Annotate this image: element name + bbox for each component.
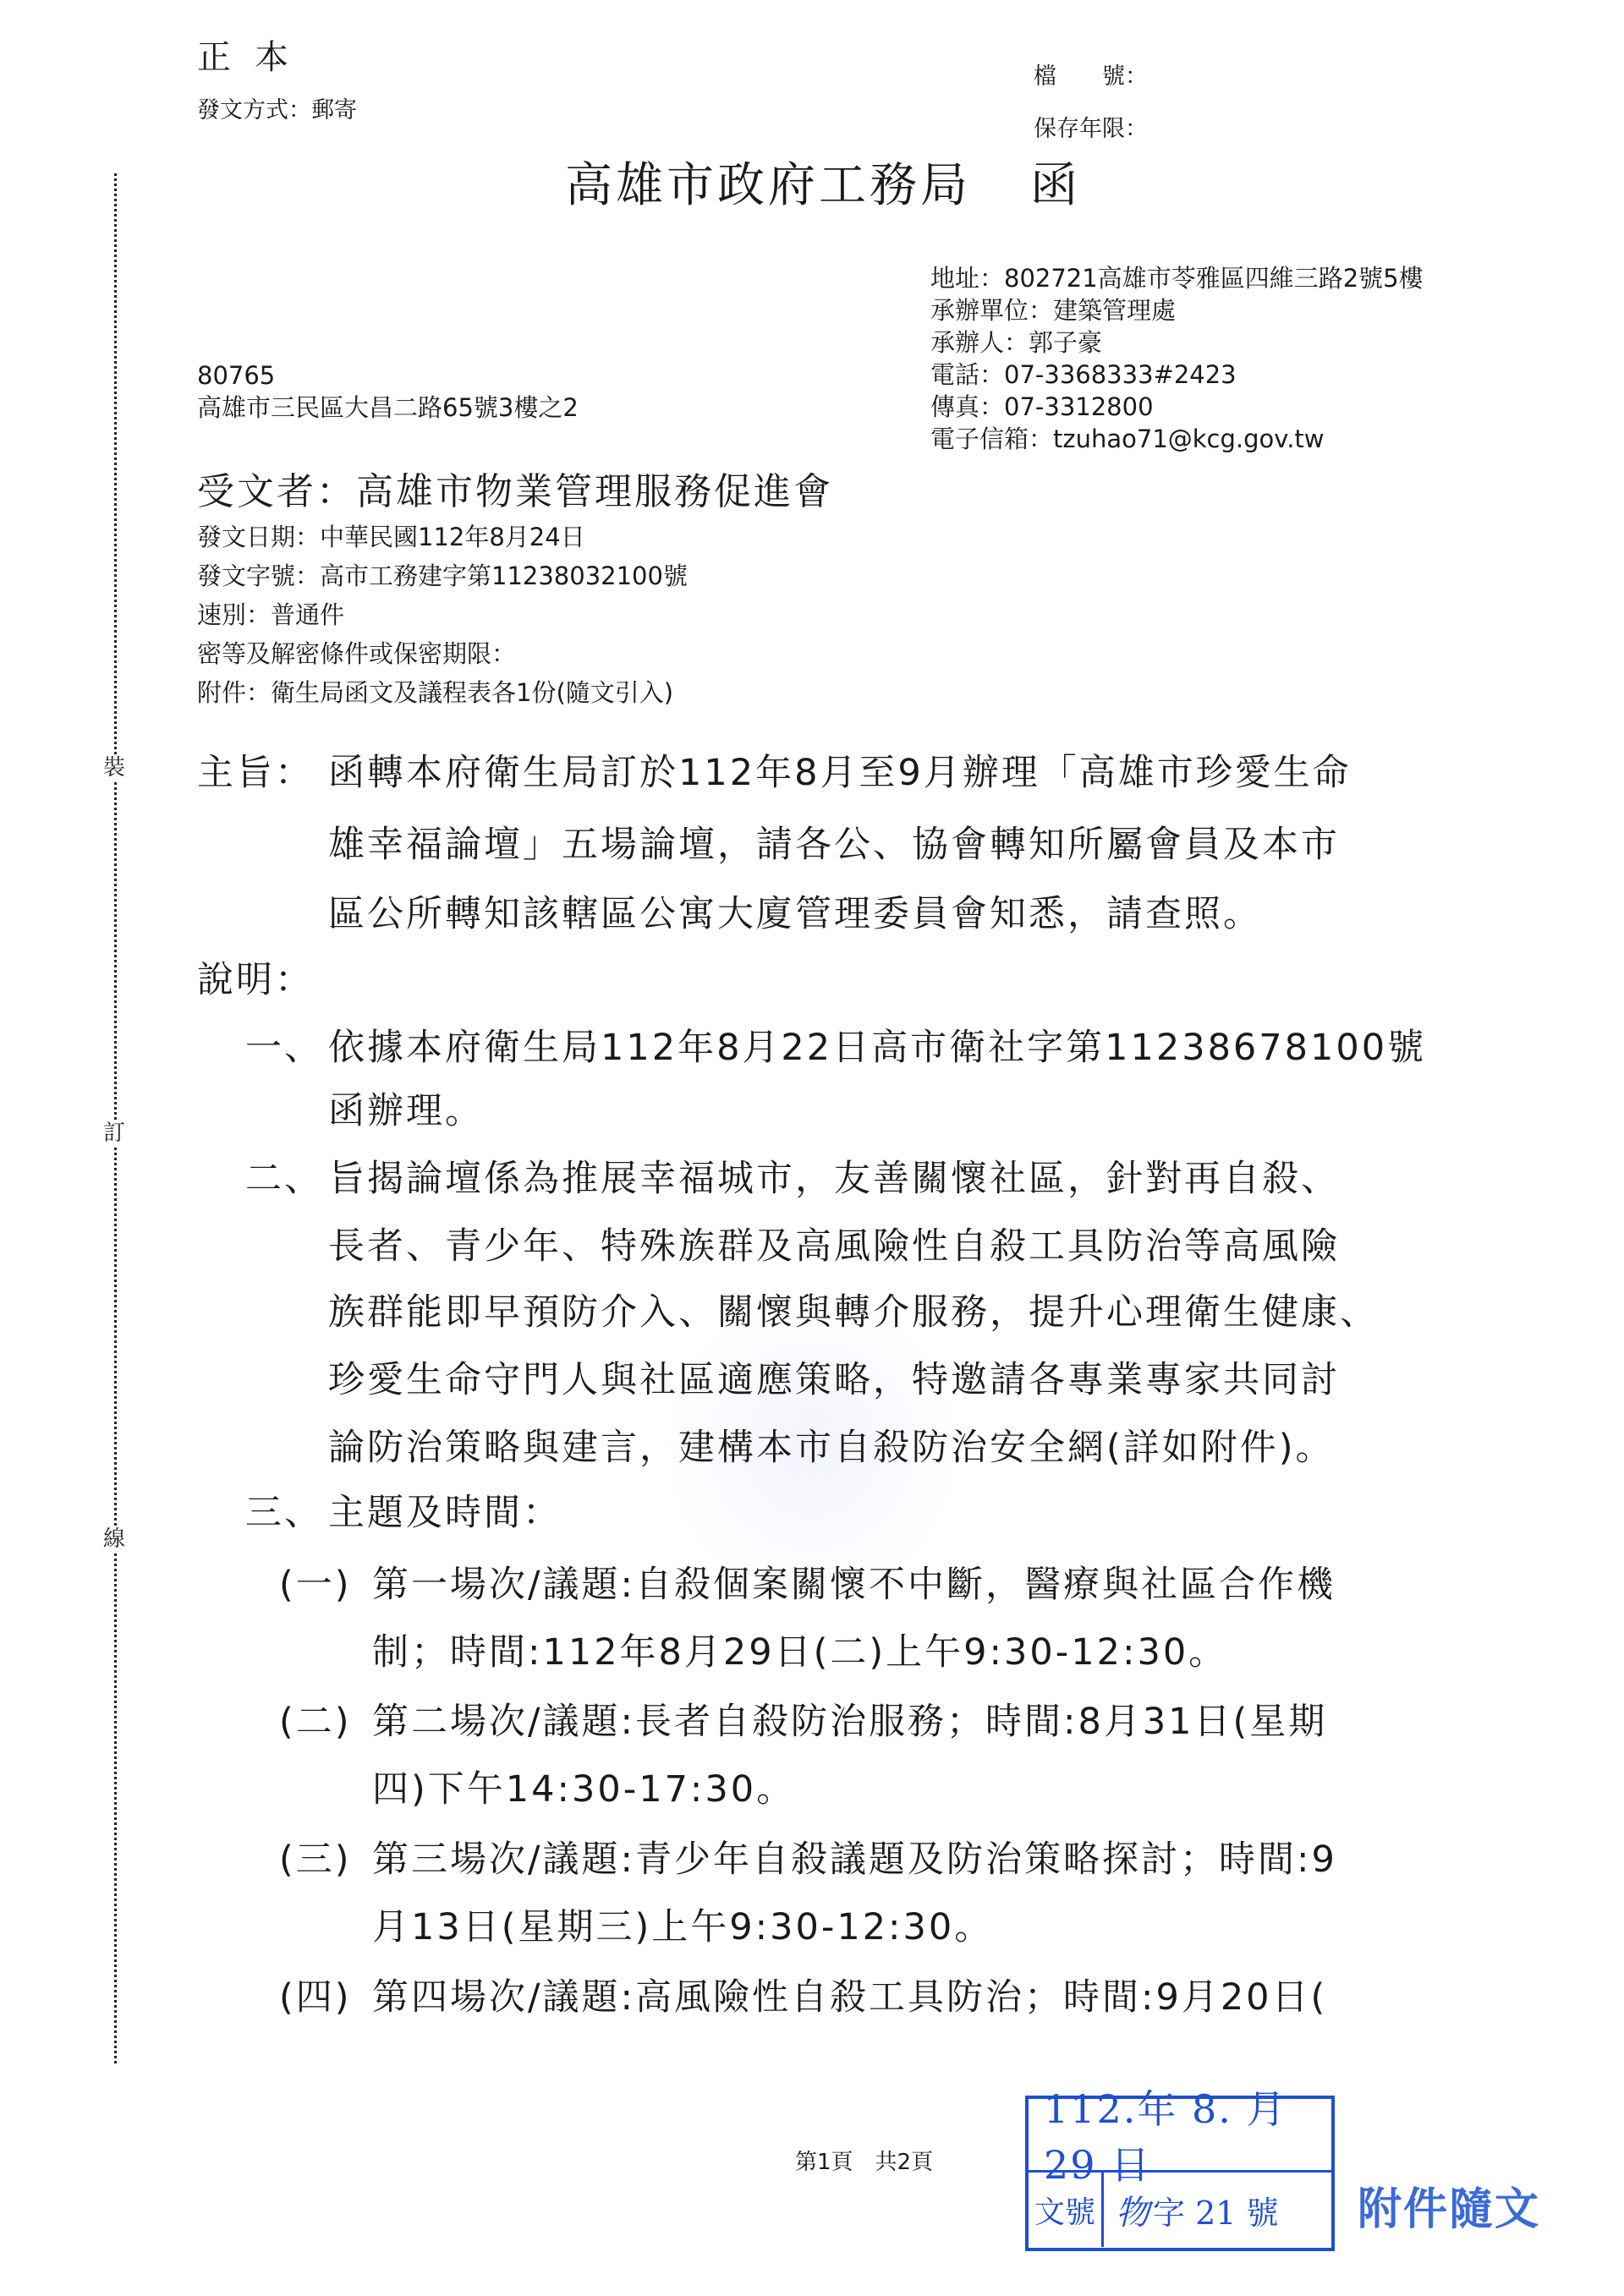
item-1-line-2: 函辦理。 xyxy=(328,1082,484,1134)
binding-char-xian: 線 xyxy=(103,1526,125,1552)
document-number: 發文字號：高市工務建字第11238032100號 xyxy=(197,556,688,595)
contact-block: 地址：802721高雄市苓雅區四維三路2號5樓 承辦單位：建築管理處 承辦人：郭… xyxy=(930,262,1424,455)
item-3-marker: 三、 xyxy=(245,1484,323,1536)
contact-fax: 傳真：07-3312800 xyxy=(930,391,1424,423)
binding-char-ding: 訂 xyxy=(103,1121,125,1146)
stamp-signature: 物 xyxy=(1116,2186,1149,2234)
explanation-label: 說明： xyxy=(197,951,314,1003)
subject-line-3: 區公所轉知該轄區公寓大廈管理委員會知悉，請查照。 xyxy=(328,885,1262,937)
binding-line xyxy=(114,173,117,2063)
issue-date: 發文日期：中華民國112年8月24日 xyxy=(197,518,688,556)
contact-unit: 承辦單位：建築管理處 xyxy=(930,294,1424,326)
recipient-postal-code: 80765 xyxy=(197,359,579,392)
document-meta: 發文日期：中華民國112年8月24日 發文字號：高市工務建字第112380321… xyxy=(197,518,688,712)
session-2-line-1: 第二場次/議題:長者自殺防治服務；時間:8月31日(星期 xyxy=(372,1693,1327,1745)
item-2-line-4: 珍愛生命守門人與社區適應策略，特邀請各專業專家共同討 xyxy=(328,1351,1340,1403)
page-number: 第1頁 共2頁 xyxy=(795,2145,933,2176)
file-number-label: 檔 號： xyxy=(1034,58,1148,90)
session-1-marker: (一) xyxy=(279,1556,352,1608)
contact-address: 地址：802721高雄市苓雅區四維三路2號5樓 xyxy=(930,262,1424,294)
session-3-marker: (三) xyxy=(279,1831,352,1882)
send-method: 發文方式：郵寄 xyxy=(197,91,357,124)
contact-email: 電子信箱：tzuhao71@kcg.gov.tw xyxy=(930,423,1424,455)
contact-handler: 承辦人：郭子豪 xyxy=(930,326,1424,359)
secrecy-level: 密等及解密條件或保密期限： xyxy=(197,634,688,673)
recipient-street: 高雄市三民區大昌二路65號3樓之2 xyxy=(197,392,579,424)
delivery-speed: 速別：普通件 xyxy=(197,595,688,634)
session-2-line-2: 四)下午14:30-17:30。 xyxy=(372,1761,795,1812)
document-title: 高雄市政府工務局函 xyxy=(565,148,1081,216)
contact-phone: 電話：07-3368333#2423 xyxy=(930,359,1424,391)
item-2-line-5: 論防治策略與建言，建構本市自殺防治安全網(詳如附件)。 xyxy=(328,1419,1335,1471)
issuing-agency: 高雄市政府工務局 xyxy=(565,158,971,213)
item-2-marker: 二、 xyxy=(245,1150,323,1202)
session-2-marker: (二) xyxy=(279,1693,352,1745)
session-1-line-2: 制；時間:112年8月29日(二)上午9:30-12:30。 xyxy=(372,1624,1227,1675)
session-1-line-1: 第一場次/議題:自殺個案關懷不中斷，醫療與社區合作機 xyxy=(372,1556,1336,1608)
item-1-line-1: 依據本府衛生局112年8月22日高市衛社字第11238678100號 xyxy=(328,1019,1426,1071)
session-4-line-1: 第四場次/議題:高風險性自殺工具防治；時間:9月20日( xyxy=(372,1969,1327,2020)
stamp-doc-no-value: 字 21 號 xyxy=(1153,2187,1279,2233)
stamp-received-date: 112.年 8. 月29 日 xyxy=(1029,2099,1331,2173)
stamp-doc-no-label: 文號 xyxy=(1029,2173,1104,2247)
item-2-line-3: 族群能即早預防介入、關懷與轉介服務，提升心理衛生健康、 xyxy=(328,1284,1379,1335)
retention-period-label: 保存年限： xyxy=(1034,110,1148,143)
session-4-marker: (四) xyxy=(279,1969,352,2020)
attachments: 附件：衛生局函文及議程表各1份(隨文引入) xyxy=(197,673,688,712)
subject-line-2: 雄幸福論壇」五場論壇，請各公、協會轉知所屬會員及本市 xyxy=(328,816,1340,868)
subject-label: 主旨： xyxy=(197,744,314,796)
document-type: 函 xyxy=(1030,158,1081,213)
subject-line-1: 函轉本府衛生局訂於112年8月至9月辦理「高雄市珍愛生命 xyxy=(328,744,1352,796)
item-3-line-1: 主題及時間： xyxy=(328,1484,562,1536)
session-3-line-2: 月13日(星期三)上午9:30-12:30。 xyxy=(372,1899,993,1950)
binding-char-zhuang: 裝 xyxy=(103,755,125,781)
item-2-line-1: 旨揭論壇係為推展幸福城市，友善關懷社區，針對再自殺、 xyxy=(328,1150,1340,1202)
recipient-address: 80765 高雄市三民區大昌二路65號3樓之2 xyxy=(197,359,579,424)
copy-type: 正本 xyxy=(197,30,312,79)
session-3-line-1: 第三場次/議題:青少年自殺議題及防治策略探討；時間:9 xyxy=(372,1831,1337,1882)
receiver: 受文者：高雄市物業管理服務促進會 xyxy=(197,461,833,515)
attachment-enclosed-stamp: 附件隨文 xyxy=(1358,2173,1540,2237)
received-date-stamp: 112.年 8. 月29 日 文號 物 字 21 號 xyxy=(1025,2096,1335,2251)
item-1-marker: 一、 xyxy=(245,1019,323,1071)
item-2-line-2: 長者、青少年、特殊族群及高風險性自殺工具防治等高風險 xyxy=(328,1218,1340,1269)
